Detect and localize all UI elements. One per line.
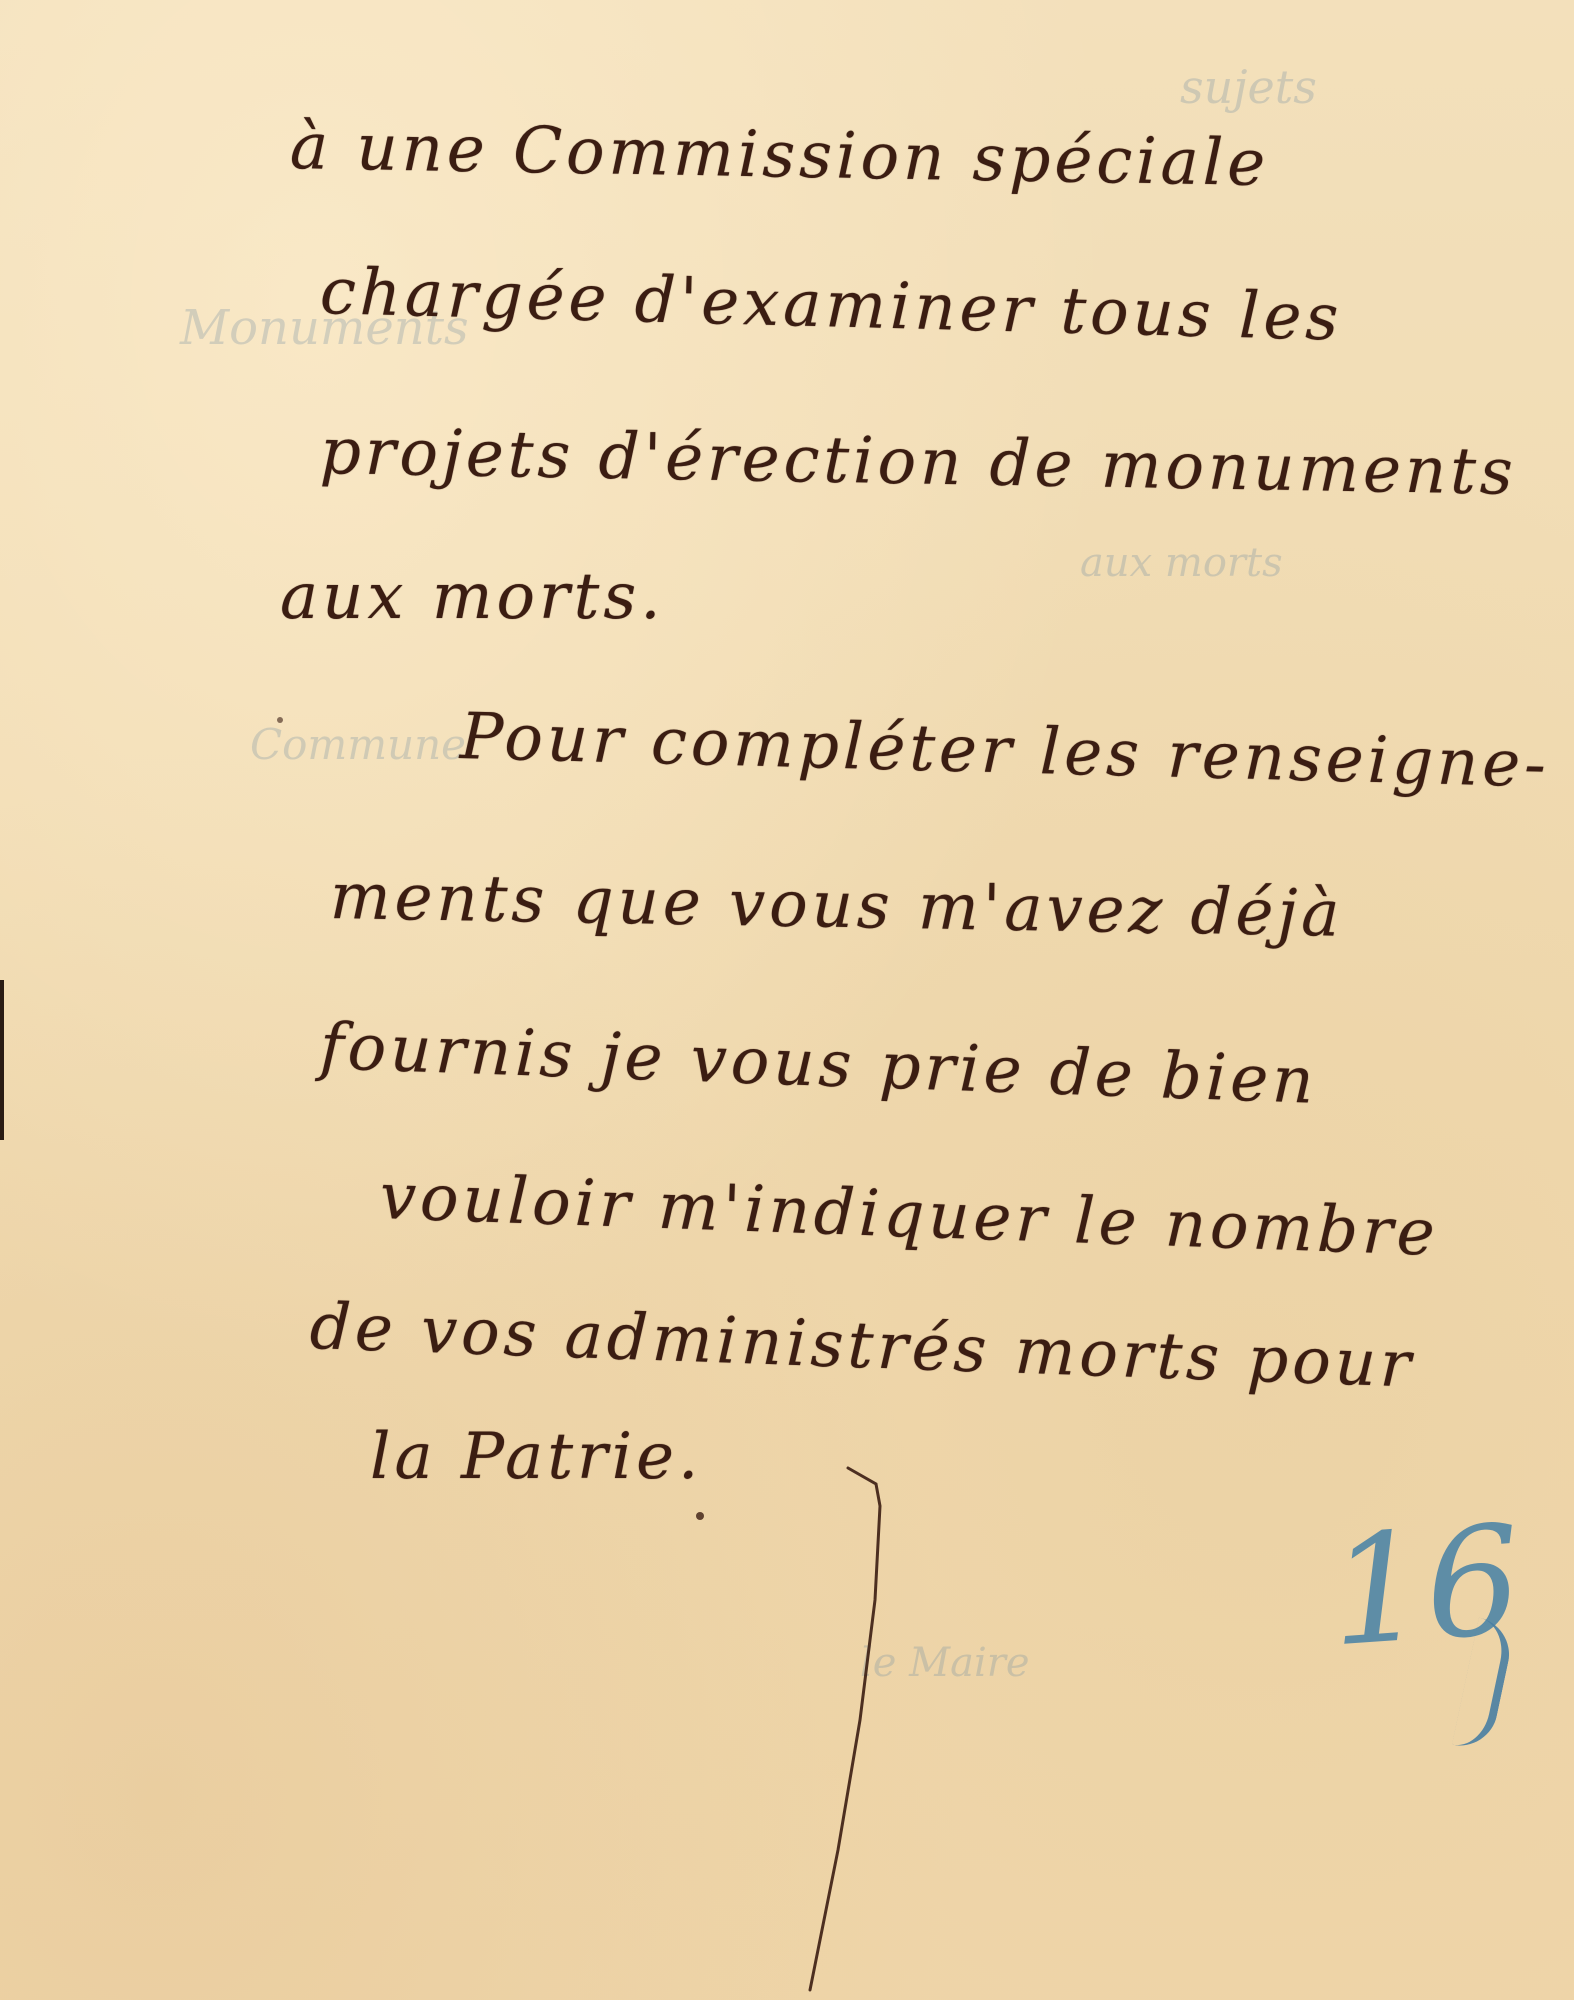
bleed-through-text: sujets [1180, 60, 1317, 114]
bleed-through-text: le Maire [860, 1640, 1030, 1686]
handwritten-line: ments que vous m'avez déjà [329, 860, 1344, 952]
handwritten-line: projets d'érection de monuments [319, 415, 1517, 510]
handwritten-line: vouloir m'indiquer le nombre [379, 1160, 1440, 1271]
handwritten-line: de vos administrés morts pour [309, 1290, 1416, 1403]
handwritten-line: Pour compléter les renseigne- [459, 700, 1551, 803]
bleed-through-text: Commune [250, 720, 466, 769]
handwritten-line: fournis je vous prie de bien [319, 1010, 1319, 1119]
page-edge-shadow [0, 980, 4, 1140]
handwritten-line: aux morts. [280, 560, 665, 634]
handwritten-line: la Patrie. [370, 1420, 702, 1494]
handwritten-line: à une Commission spéciale [289, 110, 1269, 201]
manuscript-page: sujets Monuments aux morts Commune le Ma… [0, 0, 1574, 2000]
handwritten-line: chargée d'examiner tous les [319, 255, 1343, 356]
bleed-through-text: aux morts [1080, 540, 1283, 586]
